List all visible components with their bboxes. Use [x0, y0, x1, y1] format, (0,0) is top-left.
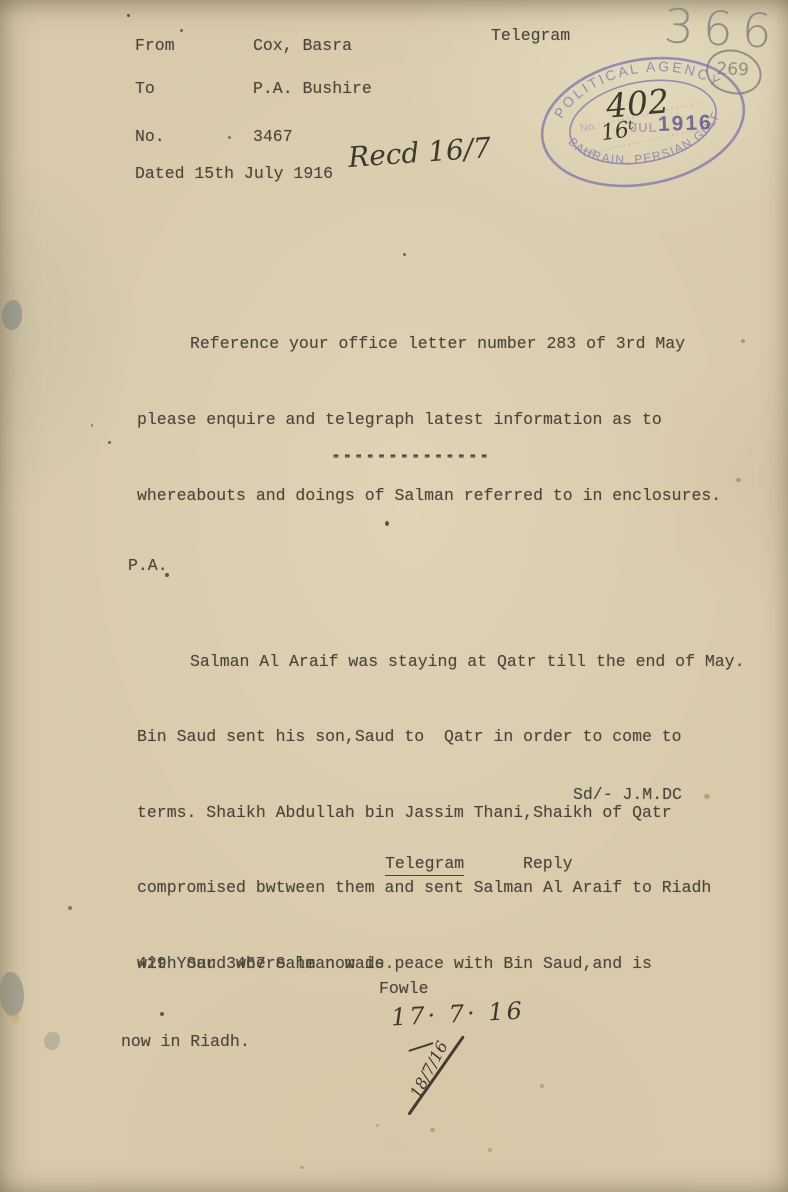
dashed-divider: -------------- [331, 446, 491, 466]
paragraph-line: whereabouts and doings of Salman referre… [137, 478, 777, 515]
reply-heading-reply: Reply [523, 854, 573, 874]
paragraph-line: Bin Saud sent his son,Saud to Qatr in or… [137, 719, 777, 755]
stain-speck [488, 1148, 492, 1152]
stain-speck [300, 1166, 304, 1169]
pa-salutation: P.A. [128, 556, 168, 576]
stamp-day-handwriting: 16ᵗ [599, 117, 636, 146]
paragraph-line: 429 Your 3467 Salman made peace with Bin… [121, 944, 771, 983]
stain-blob [44, 1032, 60, 1050]
to-label: To [135, 79, 155, 99]
stain-speck [741, 339, 745, 343]
from-label: From [135, 36, 175, 56]
received-note-handwriting: Recd 16/7 [347, 131, 492, 174]
paragraph-line: Reference your office letter number 283 … [137, 326, 777, 363]
telegram-document-page: Telegram From Cox, Basra To P.A. Bushire… [0, 0, 788, 1192]
stain-speck [736, 478, 741, 482]
ink-speck [127, 14, 130, 17]
reply-signature: Fowle [379, 979, 429, 999]
signature-sd-line: Sd/- J.M.DC [573, 785, 682, 805]
ink-speck [180, 29, 183, 32]
paragraph-line: Salman Al Araif was staying at Qatr till… [137, 644, 777, 680]
stamp-no-label: No. [579, 120, 598, 135]
ink-speck [108, 441, 111, 444]
paragraph-line: please enquire and telegraph latest info… [137, 402, 777, 439]
number-label: No. [135, 127, 165, 147]
to-value: P.A. Bushire [253, 79, 372, 99]
number-value: 3467 [253, 127, 293, 147]
ink-speck [385, 521, 389, 526]
stain-blob [2, 300, 22, 330]
telegram-type-label: Telegram [491, 26, 570, 46]
ink-speck [165, 573, 169, 577]
stain-speck [430, 1128, 435, 1132]
docket-mark: 18/7/16 [380, 1032, 490, 1132]
stain-blob [0, 972, 24, 1016]
dated-line: Dated 15th July 1916 [135, 164, 333, 184]
ink-speck [68, 906, 72, 910]
reply-heading-telegram: Telegram [385, 854, 464, 876]
instruction-paragraph: Reference your office letter number 283 … [137, 286, 777, 554]
stain-blob [10, 1014, 20, 1023]
ink-speck [160, 1012, 164, 1016]
stain-speck [376, 1124, 379, 1127]
from-value: Cox, Basra [253, 36, 352, 56]
stain-speck [540, 1084, 544, 1088]
stain-speck [704, 794, 710, 799]
ink-speck [403, 253, 406, 256]
ink-speck [228, 136, 231, 139]
ink-speck [91, 424, 93, 427]
